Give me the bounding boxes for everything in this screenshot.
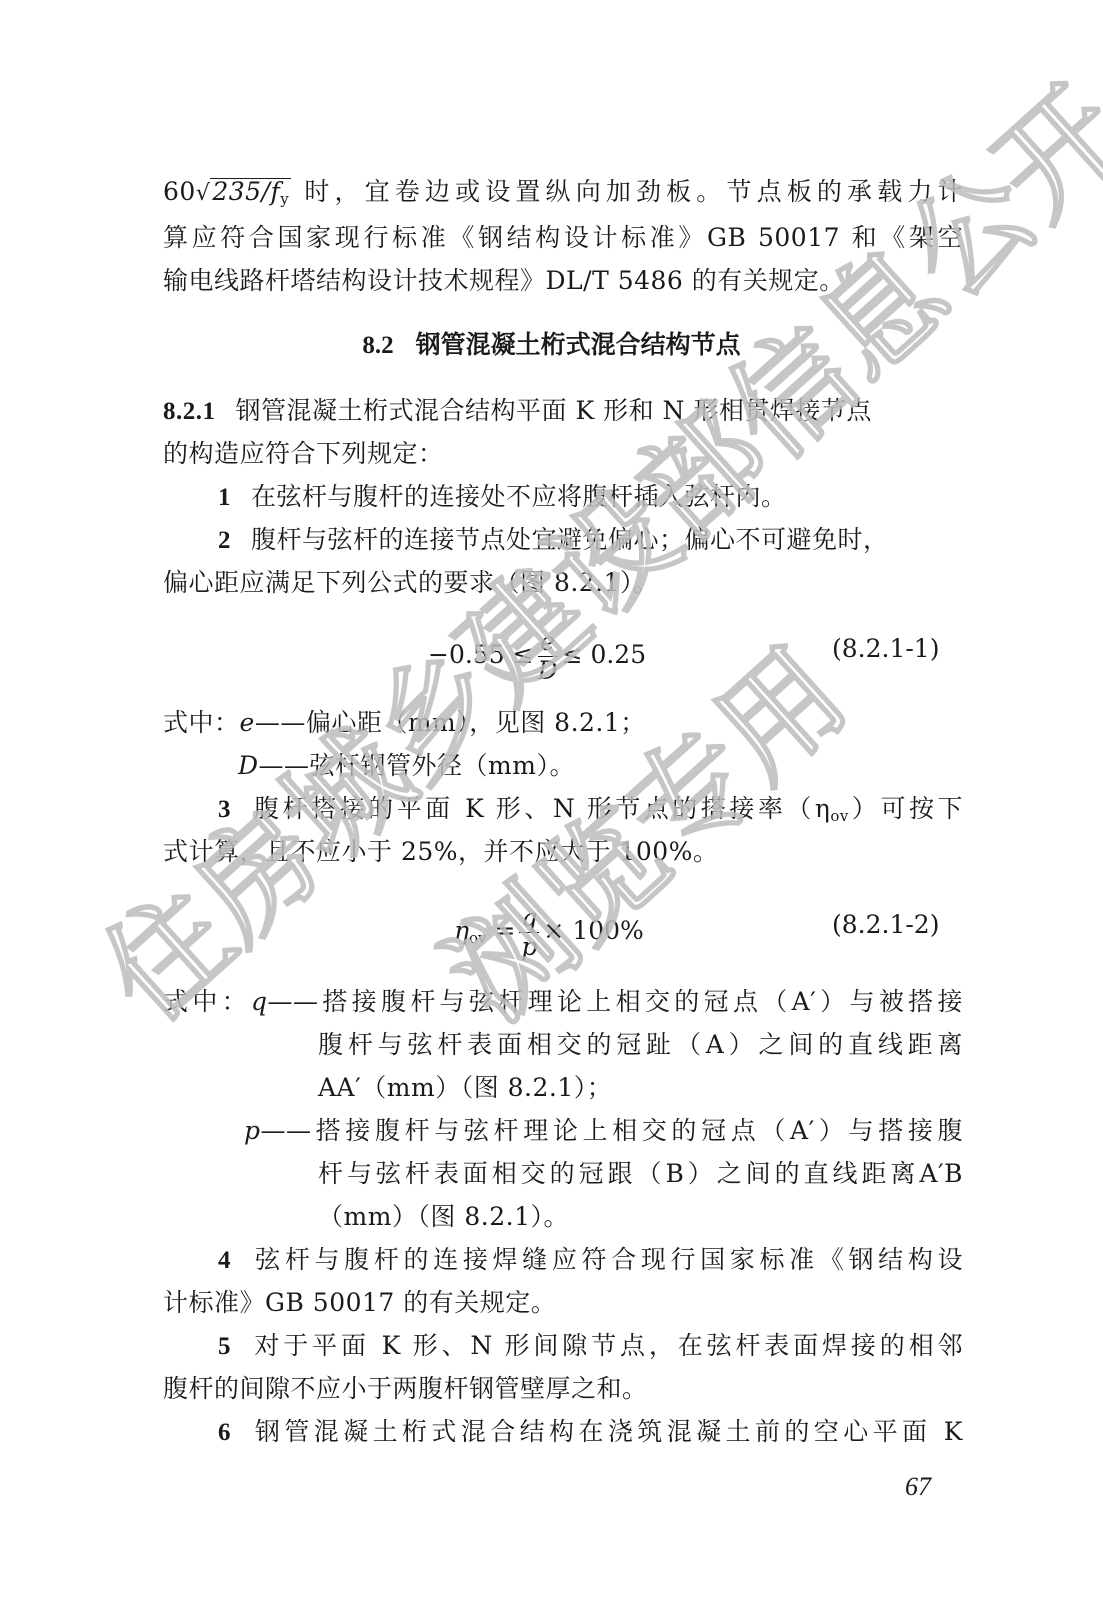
item-text: 在弦杆与腹杆的连接处不应将腹杆插入弦杆内。 (251, 482, 787, 511)
item-number: 6 (218, 1416, 231, 1450)
item-number: 3 (218, 793, 231, 827)
item-4-line-2: 计标准》GB 50017 的有关规定。 (163, 1286, 963, 1320)
clause-8-2-1-line-2: 的构造应符合下列规定： (163, 437, 963, 471)
symbol-q: q (251, 987, 268, 1016)
where2-def-q-line-3: AA′（mm）（图 8.2.1）； (318, 1071, 1103, 1105)
clause-text: 钢管混凝土桁式混合结构平面 K 形和 N 形相贯焊接节点 (236, 396, 872, 425)
document-page: 60√235/fy 时，宜卷边或设置纵向加劲板。节点板的承载力计 算应符合国家现… (0, 0, 1103, 1598)
eq2-lhs-sub: ov (469, 929, 487, 947)
item-number: 4 (218, 1244, 231, 1278)
def-text: 弦杆钢管外径（mm）。 (310, 751, 575, 780)
clause-8-2-1-line-1: 8.2.1钢管混凝土桁式混合结构平面 K 形和 N 形相贯焊接节点 (163, 394, 963, 429)
item-2-line-1: 2腹杆与弦杆的连接节点处宜避免偏心；偏心不可避免时， (218, 523, 963, 558)
equation-8-2-1-2: ηov =qp× 100% (454, 904, 644, 961)
intro-line-1-text: 时，宜卷边或设置纵向加劲板。节点板的承载力计 (291, 177, 963, 206)
eq2-lhs: η (454, 916, 469, 945)
eq2-fraction: qp (519, 904, 539, 961)
where2-def-q-line-2: 腹杆与弦杆表面相交的冠趾（A）之间的直线距离 (318, 1028, 963, 1062)
item-3-line-2: 式计算，且不应小于 25%，并不应大于 100%。 (163, 835, 963, 869)
dash: —— (255, 708, 306, 737)
item-number: 1 (218, 481, 231, 515)
equation-8-2-1-1: −0.55 ≤eD≤ 0.25 (428, 628, 646, 685)
item-5-line-2: 腹杆的间隙不应小于两腹杆钢管壁厚之和。 (163, 1372, 963, 1406)
where2-def-q-line-1: 式中：q——搭接腹杆与弦杆理论上相交的冠点（A′）与被搭接 (163, 985, 963, 1019)
intro-line-1: 60√235/fy 时，宜卷边或设置纵向加劲板。节点板的承载力计 (163, 175, 963, 212)
eq2-denominator: p (519, 933, 539, 961)
intro-line-2: 算应符合国家现行标准《钢结构设计标准》GB 50017 和《架空 (163, 221, 963, 255)
item-1: 1在弦杆与腹杆的连接处不应将腹杆插入弦杆内。 (218, 480, 1018, 515)
item-text: 对于平面 K 形、N 形间隙节点，在弦杆表面焊接的相邻 (251, 1331, 963, 1360)
item-text: 弦杆与腹杆的连接焊缝应符合现行国家标准《钢结构设 (251, 1245, 963, 1274)
intro-line-3: 输电线路杆塔结构设计技术规程》DL/T 5486 的有关规定。 (163, 264, 963, 298)
item-2-line-2: 偏心距应满足下列公式的要求（图 8.2.1）。 (163, 566, 963, 600)
def-text: 偏心距（mm），见图 8.2.1； (306, 708, 646, 737)
where1-def-D: D——弦杆钢管外径（mm）。 (238, 749, 1038, 783)
where-prefix: 式中： (163, 708, 240, 737)
dash: —— (268, 987, 319, 1016)
formula-prefix: 60 (163, 177, 196, 206)
item-4-line-1: 4弦杆与腹杆的连接焊缝应符合现行国家标准《钢结构设 (218, 1243, 963, 1278)
item-5-line-1: 5对于平面 K 形、N 形间隙节点，在弦杆表面焊接的相邻 (218, 1329, 963, 1364)
def-text: 搭接腹杆与弦杆理论上相交的冠点（A′）与搭接腹 (312, 1116, 963, 1145)
symbol-p: p (244, 1116, 261, 1145)
eta-sub: ov (830, 807, 849, 825)
item-6-line-1: 6钢管混凝土桁式混合结构在浇筑混凝土前的空心平面 K (218, 1415, 963, 1450)
where2-def-p-line-1: p——搭接腹杆与弦杆理论上相交的冠点（A′）与搭接腹 (244, 1114, 963, 1148)
eq1-denominator: D (538, 657, 558, 685)
item-text: 钢管混凝土桁式混合结构在浇筑混凝土前的空心平面 K (251, 1417, 963, 1446)
item-3-line-1: 3腹杆搭接的平面 K 形、N 形节点的搭接率（ηov）可按下 (218, 792, 963, 833)
def-text: 搭接腹杆与弦杆理论上相交的冠点（A′）与被搭接 (319, 987, 963, 1016)
eq2-equals: = (494, 916, 515, 945)
dash: —— (259, 751, 310, 780)
where2-def-p-line-2: 杆与弦杆表面相交的冠跟（B）之间的直线距离A′B (318, 1157, 963, 1191)
item-text-tail: ）可按下 (849, 794, 963, 823)
item-text: 腹杆搭接的平面 K 形、N 形节点的搭接率（η (251, 794, 830, 823)
section-heading: 8.2钢管混凝土桁式混合结构节点 (0, 328, 1103, 363)
eq1-fraction: eD (538, 628, 558, 685)
equation-label-1: (8.2.1-1) (832, 632, 939, 666)
symbol-e: e (240, 708, 255, 737)
where-prefix: 式中： (163, 987, 251, 1016)
eq1-numerator: e (538, 628, 558, 657)
symbol-D: D (238, 751, 259, 780)
where2-def-p-line-3: （mm）（图 8.2.1）。 (318, 1200, 1103, 1234)
sqrt-sub: y (280, 190, 289, 208)
section-number: 8.2 (362, 332, 393, 359)
sqrt-text: 235/f (212, 177, 280, 206)
dash: —— (261, 1116, 312, 1145)
page-number: 67 (905, 1472, 931, 1502)
where1-def-e: 式中：e——偏心距（mm），见图 8.2.1； (163, 706, 963, 740)
eq2-numerator: q (519, 904, 539, 933)
item-number: 5 (218, 1330, 231, 1364)
item-text: 腹杆与弦杆的连接节点处宜避免偏心；偏心不可避免时， (251, 525, 889, 554)
equation-label-2: (8.2.1-2) (832, 908, 939, 942)
clause-number: 8.2.1 (163, 395, 216, 429)
eq1-right: ≤ 0.25 (562, 640, 647, 669)
section-title: 钢管混凝土桁式混合结构节点 (416, 330, 741, 359)
sqrt-expression: 235/fy (210, 178, 291, 212)
item-number: 2 (218, 524, 231, 558)
eq1-left: −0.55 ≤ (428, 640, 534, 669)
eq2-right: × 100% (543, 916, 643, 945)
